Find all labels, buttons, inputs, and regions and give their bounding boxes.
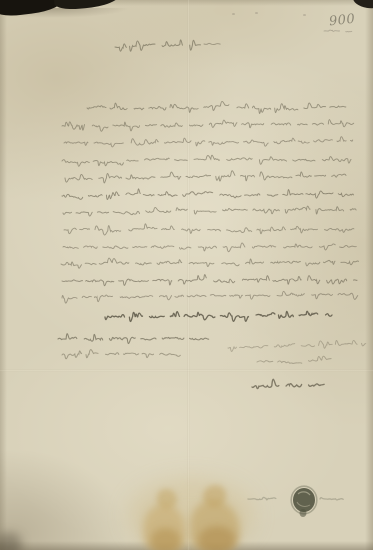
handwritten-text-strokes — [58, 30, 366, 500]
library-stamp-icon — [291, 486, 317, 517]
body-line-7 — [63, 206, 356, 216]
body-line-8 — [64, 224, 354, 235]
body-line-4 — [62, 155, 351, 166]
closing-right-line-1 — [228, 340, 366, 351]
closing-right-line-2 — [257, 356, 331, 363]
body-line-13 — [105, 311, 332, 321]
heading-line — [115, 40, 201, 51]
closing-date-line — [62, 350, 180, 359]
handwriting-layer — [0, 0, 373, 550]
body-line-2 — [62, 120, 354, 132]
stamp-detail — [300, 509, 307, 517]
stamp-caption-left — [248, 497, 276, 499]
body-line-12 — [62, 291, 358, 303]
manuscript-page: 900 — [0, 0, 373, 550]
signature — [252, 379, 324, 388]
body-line-1 — [87, 101, 346, 113]
body-line-9 — [63, 243, 356, 252]
body-line-11 — [62, 275, 357, 286]
body-line-3 — [64, 137, 353, 147]
body-line-6 — [62, 189, 353, 200]
folio-underline — [324, 30, 352, 32]
closing-place-line — [58, 334, 209, 344]
body-line-5 — [65, 171, 346, 183]
heading-dash — [204, 43, 220, 44]
body-line-10 — [61, 258, 358, 268]
stamp-caption-right — [320, 498, 343, 500]
